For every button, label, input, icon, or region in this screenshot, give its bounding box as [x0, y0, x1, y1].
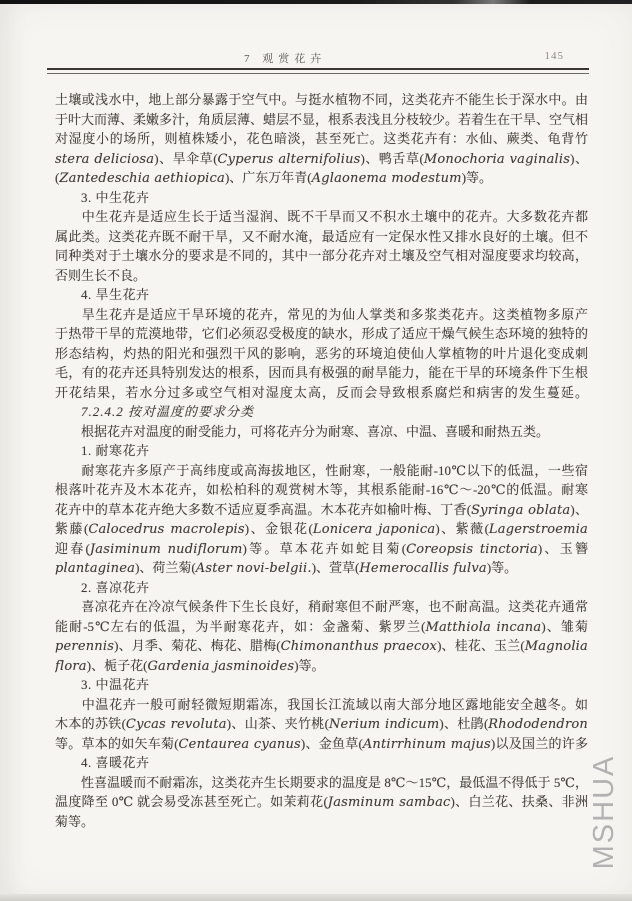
text-run: 于叶大而薄、柔嫩多汁，角质层薄、蜡层不显，根系表浅且分枝较少。若着生在干旱、空气…	[55, 112, 588, 127]
section-heading: 7.2.4.2 按对温度的要求分类	[55, 402, 588, 422]
text-run: )、荷兰菊(	[135, 560, 196, 575]
paragraph: 土壤或浅水中，地上部分暴露于空气中。与挺水植物不同，这类花卉不能生长于深水中。由…	[55, 90, 588, 188]
running-head-chapter: 7 观赏花卉	[244, 50, 326, 66]
latin-species-name: Syringa oblata	[471, 503, 570, 518]
latin-species-name: Hemerocallis fulva	[359, 561, 486, 576]
latin-species-name: Aster novi-belgii.	[196, 561, 312, 576]
text-line: plantaginea)、荷兰菊(Aster novi-belgii.)、萱草(…	[55, 558, 588, 578]
latin-species-name: perennis	[55, 639, 114, 654]
text-line: 旱生花卉是适应干旱环境的花卉，常见的为仙人掌类和多浆类花卉。这类植物多原产	[55, 305, 588, 325]
paragraph: 根据花卉对温度的耐受能力，可将花卉分为耐寒、喜凉、中温、喜暖和耐热五类。	[55, 422, 588, 442]
text-run: 土壤或浅水中，地上部分暴露于空气中。与挺水植物不同，这类花卉不能生长于深水中。由	[55, 92, 588, 107]
watermark-text: MSHUA	[588, 737, 618, 887]
latin-species-name: Chimonanthus praecox	[281, 639, 437, 654]
text-run: )、	[570, 502, 588, 517]
text-run: )、白兰花、扶桑、非洲	[451, 794, 588, 809]
paragraph: 喜凉花卉在冷凉气候条件下生长良好，稍耐寒但不耐严寒，也不耐高温。这类花卉通常能耐…	[55, 597, 588, 675]
text-run: )等。草本花卉如蛇目菊(	[243, 541, 407, 556]
text-run: 花卉中的草本花卉绝大多数不适应夏季高温。木本花卉如榆叶梅、丁香(	[55, 502, 471, 517]
text-run: 根据花卉对温度的耐受能力，可将花卉分为耐寒、喜凉、中温、喜暖和耐热五类。	[81, 424, 549, 439]
latin-species-name: Cyperus alternifolius	[218, 152, 361, 167]
text-line: 2. 喜凉花卉	[55, 578, 588, 598]
text-line: 等。草本的如矢车菊(Centaurea cyanus)、金鱼草(Antirrhi…	[55, 734, 588, 754]
latin-species-name: flora	[55, 659, 87, 674]
text-run: 1. 耐寒花卉	[81, 443, 150, 458]
text-run: )、萱草(	[312, 560, 360, 575]
body-text: 土壤或浅水中，地上部分暴露于空气中。与挺水植物不同，这类花卉不能生长于深水中。由…	[55, 90, 588, 831]
text-run: 中生花卉是适应生长于适当湿润、既不干旱而又不积水土壤中的花卉。大多数花卉都	[81, 209, 588, 224]
section-heading: 4. 旱生花卉	[55, 285, 588, 305]
paragraph: 中温花卉一般可耐轻微短期霜冻，我国长江流域以南大部分地区露地能安全越冬。如木本的…	[55, 695, 588, 754]
text-run: 4. 旱生花卉	[81, 287, 150, 302]
text-line: 1. 耐寒花卉	[55, 441, 588, 461]
text-run: )、紫薇(	[435, 521, 489, 536]
text-run: 3. 中温花卉	[81, 677, 150, 692]
latin-species-name: Jasiminum nudiflorum	[90, 542, 243, 557]
text-run: )、月季、菊花、梅花、腊梅(	[114, 638, 281, 653]
text-line: 木本的苏铁(Cycas revoluta)、山茶、夹竹桃(Nerium indi…	[55, 714, 588, 734]
text-line: 中生花卉是适应生长于适当湿润、既不干旱而又不积水土壤中的花卉。大多数花卉都	[55, 207, 588, 227]
text-line: 对湿度小的场所，则植株矮小，花色暗淡，甚至死亡。这类花卉有：水仙、蕨类、龟背竹(…	[55, 129, 588, 149]
running-header: 7 观赏花卉 145	[0, 50, 632, 66]
text-line: 耐寒花卉多原产于高纬度或高海拔地区，性耐寒，一般能耐-10℃以下的低温，一些宿	[55, 461, 588, 481]
latin-species-name: Nerium indicum	[329, 717, 439, 732]
latin-species-name: Lonicera japonica	[313, 522, 435, 537]
latin-species-name: Gardenia jasminoides	[147, 659, 294, 674]
latin-species-name: plantaginea	[55, 561, 135, 576]
text-line: stera deliciosa)、旱伞草(Cyperus alternifoli…	[55, 149, 588, 169]
latin-species-name: Centaurea cyanus	[179, 737, 301, 752]
text-run: 2. 喜凉花卉	[81, 580, 150, 595]
text-line: 形态结构，灼热的阳光和强烈干风的影响，恶劣的环境迫使仙人掌植物的叶片退化变成刺	[55, 344, 588, 364]
text-line: 迎春(Jasiminum nudiflorum)等。草本花卉如蛇目菊(Coreo…	[55, 539, 588, 559]
text-line: 于叶大而薄、柔嫩多汁，角质层薄、蜡层不显，根系表浅且分枝较少。若着生在干旱、空气…	[55, 110, 588, 130]
latin-species-name: Jasminum sambac	[328, 795, 451, 810]
text-run: )、广东万年青(	[225, 170, 312, 185]
text-line: 否则生长不良。	[55, 266, 588, 286]
latin-species-name: Antirrhinum majus	[363, 737, 491, 752]
text-run: )等。	[294, 658, 324, 673]
text-line: flora)、栀子花(Gardenia jasminoides)等。	[55, 656, 588, 676]
text-run: )、栀子花(	[87, 658, 148, 673]
latin-species-name: Cycas revoluta	[126, 717, 227, 732]
text-run: 开花结果，若水分过多或空气相对湿度太高，反而会导致根系腐烂和病害的发生蔓延。	[55, 385, 588, 400]
text-run: )、杜鹃(	[439, 716, 488, 731]
text-run: 对湿度小的场所，则植株矮小，花色暗淡，甚至死亡。这类花卉有：水仙、蕨类、龟背竹(	[55, 131, 588, 149]
text-line: 根落叶花卉及木本花卉，如松柏科的观赏树木等，其根系能耐-16℃～-20℃的低温。…	[55, 480, 588, 500]
text-run: 否则生长不良。	[55, 268, 146, 283]
text-run: 能耐-5℃左右的低温，为半耐寒花卉，如：金盏菊、紫罗兰(	[55, 619, 425, 634]
text-run: )等。	[487, 560, 517, 575]
text-run: 4. 喜暖花卉	[81, 755, 150, 770]
text-run: 喜凉花卉在冷凉气候条件下生长良好，稍耐寒但不耐严寒，也不耐高温。这类花卉通常	[81, 599, 588, 614]
text-line: 4. 旱生花卉	[55, 285, 588, 305]
text-line: 于热带干旱的荒漠地带，它们必须忍受极度的缺水，形成了适应干燥气候生态环境的独特的	[55, 324, 588, 344]
text-line: 喜凉花卉在冷凉气候条件下生长良好，稍耐寒但不耐严寒，也不耐高温。这类花卉通常	[55, 597, 588, 617]
text-line: 土壤或浅水中，地上部分暴露于空气中。与挺水植物不同，这类花卉不能生长于深水中。由	[55, 90, 588, 110]
text-run: 同种类对于土壤水分的要求是不同的，其中一部分花卉对土壤及空气相对湿度要求均较高，	[55, 248, 588, 263]
text-run: 温度降至 0℃ 就会易受冻甚至死亡。如茉莉花(	[55, 794, 328, 809]
text-line: 7.2.4.2 按对温度的要求分类	[55, 402, 588, 422]
text-line: 毛，有的花卉还具特别发达的根系，因而具有极强的耐旱能力，能在干旱的环境条件下生根	[55, 363, 588, 383]
text-run: 属此类。这类花卉既不耐干旱，又不耐水淹，最适应有一定保水性又排水良好的土壤。但不	[55, 229, 588, 244]
text-run: 于热带干旱的荒漠地带，它们必须忍受极度的缺水，形成了适应干燥气候生态环境的独特的	[55, 326, 588, 341]
text-run: )、旱伞草(	[154, 151, 217, 166]
text-run: 形态结构，灼热的阳光和强烈干风的影响，恶劣的环境迫使仙人掌植物的叶片退化变成刺	[55, 346, 588, 361]
text-run: 木本的苏铁(	[55, 716, 126, 731]
text-line: (Zantedeschia aethiopica)、广东万年青(Aglaonem…	[55, 168, 588, 188]
text-run: 旱生花卉是适应干旱环境的花卉，常见的为仙人掌类和多浆类花卉。这类植物多原产	[81, 307, 588, 322]
text-run: 中温花卉一般可耐轻微短期霜冻，我国长江流域以南大部分地区露地能安全越冬。如	[81, 697, 588, 712]
text-line: 紫藤(Calocedrus macrolepis)、金银花(Lonicera j…	[55, 519, 588, 539]
text-line: 温度降至 0℃ 就会易受冻甚至死亡。如茉莉花(Jasminum sambac)、…	[55, 792, 588, 812]
text-line: 性喜温暖而不耐霜冻，这类花卉生长期要求的温度是 8℃～15℃，最低温不得低于 5…	[55, 773, 588, 793]
header-rule	[47, 68, 589, 74]
text-run: )、山茶、夹竹桃(	[227, 716, 329, 731]
text-run: 迎春(	[55, 541, 90, 556]
section-heading: 2. 喜凉花卉	[55, 578, 588, 598]
text-run: )、鸭舌草(	[361, 151, 424, 166]
text-line: 属此类。这类花卉既不耐干旱，又不耐水淹，最适应有一定保水性又排水良好的土壤。但不	[55, 227, 588, 247]
scan-edge-top	[0, 0, 632, 4]
latin-species-name: Calocedrus macrolepis	[88, 522, 244, 537]
text-line: 中温花卉一般可耐轻微短期霜冻，我国长江流域以南大部分地区露地能安全越冬。如	[55, 695, 588, 715]
scanned-book-page: 7 观赏花卉 145 土壤或浅水中，地上部分暴露于空气中。与挺水植物不同，这类花…	[0, 0, 632, 901]
text-run: 性喜温暖而不耐霜冻，这类花卉生长期要求的温度是 8℃～15℃，最低温不得低于 5…	[81, 775, 588, 790]
section-heading: 1. 耐寒花卉	[55, 441, 588, 461]
text-run: 毛，有的花卉还具特别发达的根系，因而具有极强的耐旱能力，能在干旱的环境条件下生根	[55, 365, 588, 380]
latin-species-name: Aglaonema modestum	[312, 171, 462, 186]
page-number: 145	[545, 50, 565, 62]
text-line: 开花结果，若水分过多或空气相对湿度太高，反而会导致根系腐烂和病害的发生蔓延。	[55, 383, 588, 403]
paragraph: 旱生花卉是适应干旱环境的花卉，常见的为仙人掌类和多浆类花卉。这类植物多原产于热带…	[55, 305, 588, 403]
text-line: 4. 喜暖花卉	[55, 753, 588, 773]
latin-species-name: stera deliciosa	[55, 152, 154, 167]
text-run: 等。草本的如矢车菊(	[55, 736, 179, 751]
text-run: 菊等。	[55, 814, 94, 829]
text-run: )、金鱼草(	[301, 736, 363, 751]
latin-species-name: Monochoria vaginalis	[424, 152, 570, 167]
text-run: 耐寒花卉多原产于高纬度或高海拔地区，性耐寒，一般能耐-10℃以下的低温，一些宿	[81, 463, 588, 478]
text-line: 3. 中生花卉	[55, 188, 588, 208]
section-heading: 3. 中生花卉	[55, 188, 588, 208]
text-line: 花卉中的草本花卉绝大多数不适应夏季高温。木本花卉如榆叶梅、丁香(Syringa …	[55, 500, 588, 520]
text-run: 根落叶花卉及木本花卉，如松柏科的观赏树木等，其根系能耐-16℃～-20℃的低温。…	[55, 482, 588, 497]
text-line: perennis)、月季、菊花、梅花、腊梅(Chimonanthus praec…	[55, 636, 588, 656]
text-run: )等。	[462, 170, 492, 185]
text-line: 同种类对于土壤水分的要求是不同的，其中一部分花卉对土壤及空气相对湿度要求均较高，	[55, 246, 588, 266]
section-heading: 3. 中温花卉	[55, 675, 588, 695]
paragraph: 中生花卉是适应生长于适当湿润、既不干旱而又不积水土壤中的花卉。大多数花卉都属此类…	[55, 207, 588, 285]
latin-species-name: Matthiola incana	[425, 620, 541, 635]
latin-species-name: Coreopsis tinctoria	[406, 542, 538, 557]
text-run: )、桂花、玉兰(	[437, 638, 525, 653]
text-run: 3. 中生花卉	[81, 190, 150, 205]
latin-species-name: Zantedeschia aethiopica	[59, 171, 225, 186]
paragraph: 性喜温暖而不耐霜冻，这类花卉生长期要求的温度是 8℃～15℃，最低温不得低于 5…	[55, 773, 588, 832]
text-run: )、金银花(	[245, 521, 313, 536]
text-line: 菊等。	[55, 812, 588, 832]
text-run: 紫藤(	[55, 521, 88, 536]
scan-edge-bottom	[0, 894, 632, 901]
text-run: 7.2.4.2 按对温度的要求分类	[81, 404, 254, 419]
text-line: 能耐-5℃左右的低温，为半耐寒花卉，如：金盏菊、紫罗兰(Matthiola in…	[55, 617, 588, 637]
text-line: 3. 中温花卉	[55, 675, 588, 695]
paragraph: 耐寒花卉多原产于高纬度或高海拔地区，性耐寒，一般能耐-10℃以下的低温，一些宿根…	[55, 461, 588, 578]
section-heading: 4. 喜暖花卉	[55, 753, 588, 773]
text-line: 根据花卉对温度的耐受能力，可将花卉分为耐寒、喜凉、中温、喜暖和耐热五类。	[55, 422, 588, 442]
